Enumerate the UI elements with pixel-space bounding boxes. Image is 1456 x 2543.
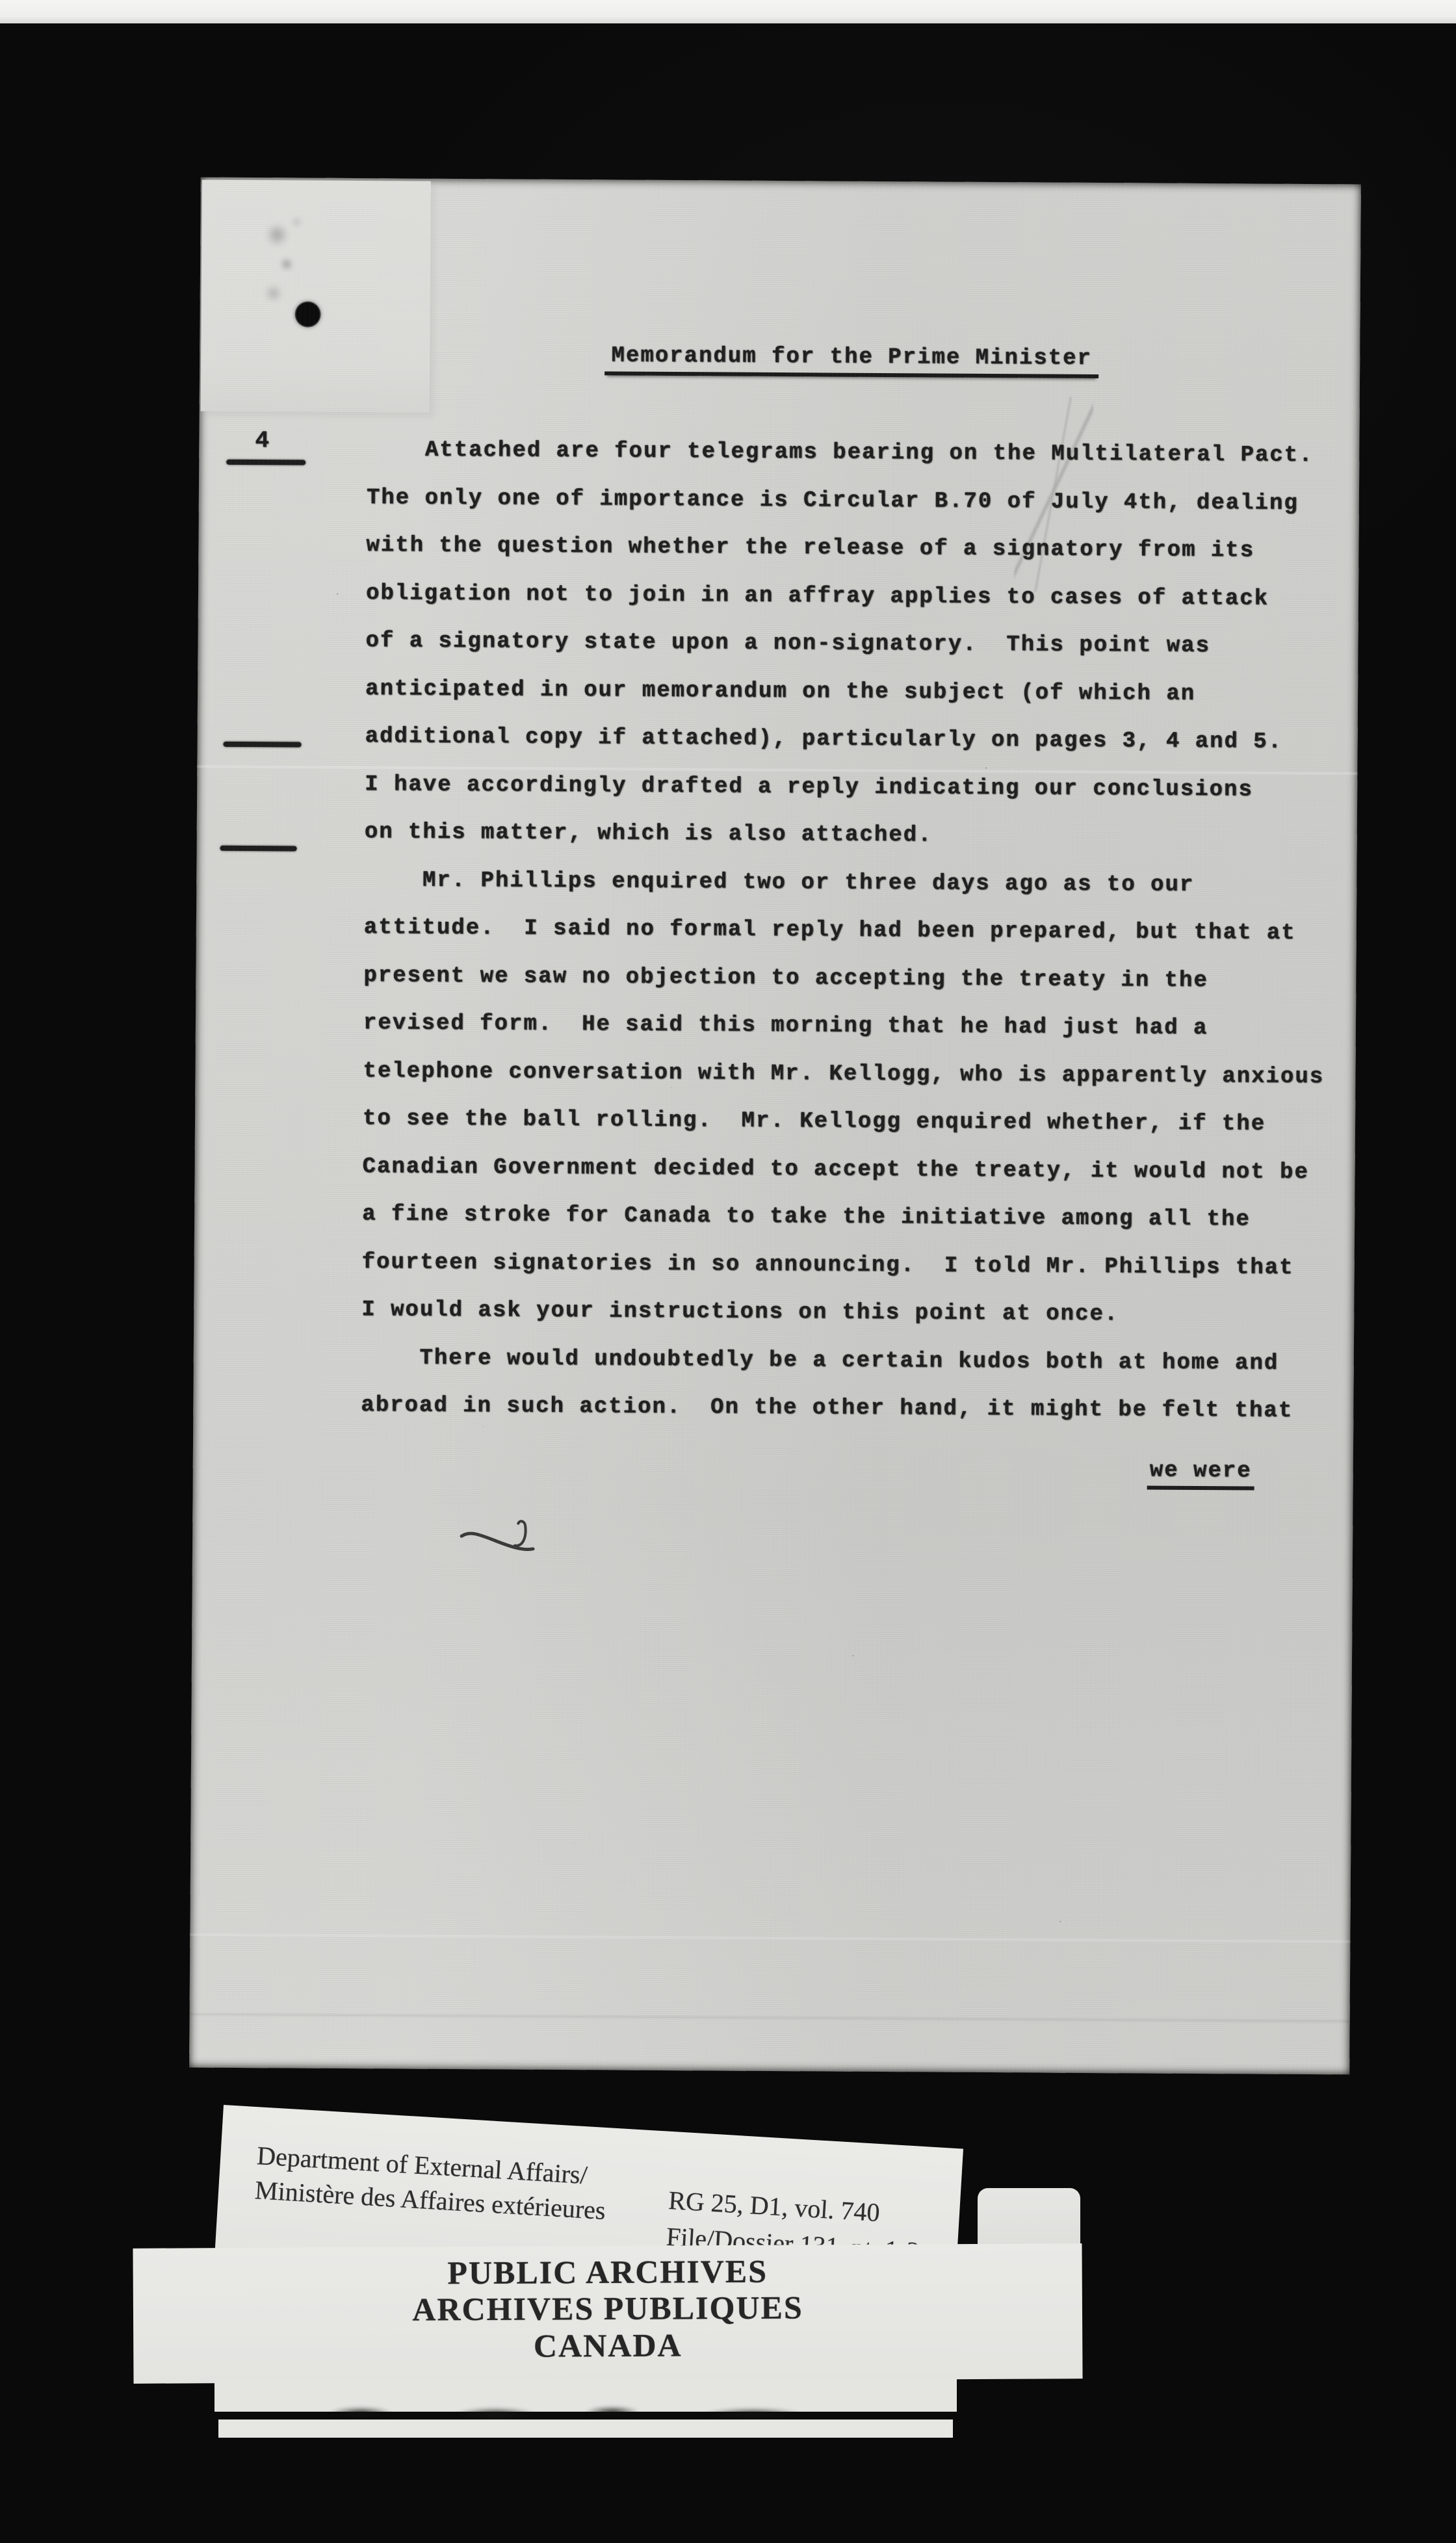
memo-line: revised form. He said this morning that …	[363, 1000, 1338, 1054]
memo-line: fourteen signatories in so announcing. I…	[361, 1239, 1336, 1293]
memo-line: attitude. I said no formal reply had bee…	[364, 904, 1339, 958]
memo-title: Memorandum for the Prime Minister	[367, 342, 1336, 380]
department-stamp-text: Department of External Affairs/ Ministèr…	[254, 2138, 609, 2228]
memo-line: present we saw no objection to accepting…	[363, 952, 1338, 1006]
memo-body: Attached are four telegrams bearing on t…	[361, 426, 1342, 1436]
memo-line: There would undoubtedly be a certain kud…	[361, 1335, 1336, 1389]
margin-dash-1	[224, 742, 302, 748]
memo-line: to see the ball rolling. Mr. Kellogg enq…	[363, 1095, 1338, 1149]
memo-line: obligation not to join in an affray appl…	[366, 570, 1341, 624]
scan-streak	[190, 2013, 1350, 2023]
catchword: we were	[1147, 1459, 1254, 1491]
public-archives-line-en: PUBLIC ARCHIVES	[133, 2251, 1082, 2293]
memo-line: anticipated in our memorandum on the sub…	[365, 666, 1340, 720]
pen-squiggle-icon	[458, 1518, 555, 1564]
memo-line: Canadian Government decided to accept th…	[362, 1143, 1337, 1197]
page-number: 4	[255, 427, 269, 454]
document-page: Memorandum for the Prime Minister 4 Atta…	[189, 177, 1361, 2075]
public-archives-line-fr: ARCHIVES PUBLIQUES	[133, 2288, 1082, 2329]
memo-line: additional copy if attached), particular…	[365, 713, 1340, 767]
smudge-mark	[251, 196, 323, 320]
margin-dash-2	[220, 846, 297, 852]
memo-line: of a signatory state upon a non-signator…	[365, 618, 1340, 672]
memo-line: on this matter, which is also attached.	[365, 809, 1340, 863]
hole-punch-icon	[294, 301, 320, 327]
film-strip-fragment-thin	[218, 2419, 953, 2438]
memo-line: Attached are four telegrams bearing on t…	[367, 426, 1342, 480]
memo-line: a fine stroke for Canada to take the ini…	[362, 1191, 1337, 1245]
microfilm-frame: Memorandum for the Prime Minister 4 Atta…	[0, 0, 1456, 2543]
film-edge-strip	[0, 0, 1456, 23]
memo-line: The only one of importance is Circular B…	[367, 475, 1342, 528]
public-archives-stamp: PUBLIC ARCHIVES ARCHIVES PUBLIQUES CANAD…	[133, 2243, 1082, 2384]
page-number-underline	[226, 460, 305, 465]
memo-line: I would ask your instructions on this po…	[361, 1286, 1336, 1340]
public-archives-line-canada: CANADA	[133, 2324, 1082, 2367]
scan-streak	[190, 1934, 1350, 1943]
memo-line: telephone conversation with Mr. Kellogg,…	[363, 1048, 1338, 1102]
memo-line: with the question whether the release of…	[366, 522, 1341, 576]
memo-line: abroad in such action. On the other hand…	[361, 1382, 1336, 1436]
memo-line: Mr. Phillips enquired two or three days …	[364, 857, 1339, 911]
